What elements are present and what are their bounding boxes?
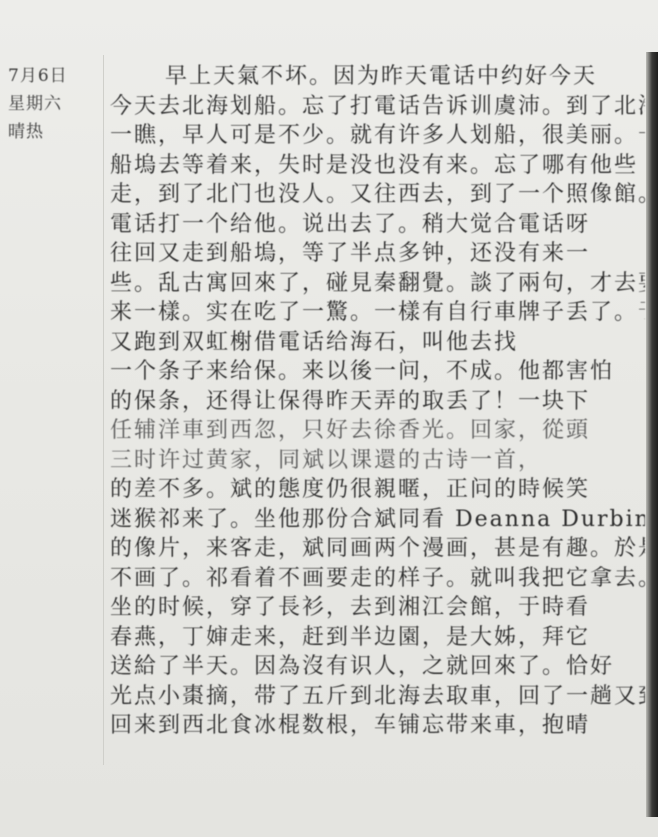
diary-body: 早上天氣不坏。因为昨天電话中约好今天 今天去北海划船。忘了打電话告诉训虞沛。到了…	[110, 62, 645, 741]
book-spine-shadow	[646, 52, 658, 817]
text-line: 的差不多。斌的態度仍很親暱，正问的時候笑	[110, 475, 645, 505]
text-line: 春燕，丁婶走来，赶到半边園，是大姊，拜它	[110, 623, 645, 653]
diary-page: 7月6日 星期六 晴热 早上天氣不坏。因为昨天電话中约好今天 今天去北海划船。忘…	[0, 0, 658, 837]
margin-rule	[103, 55, 104, 765]
text-line: 往回又走到船塢，等了半点多钟，还没有来一	[110, 239, 645, 269]
text-line: 的像片，来客走，斌同画两个漫画，甚是有趣。於是就	[110, 534, 645, 564]
text-line: 三时许过黄家，同斌以课還的古诗一首，	[110, 446, 645, 476]
text-line: 来一樣。实在吃了一驚。一樣有自行車牌子丢了。于是	[110, 298, 645, 328]
text-line: 不画了。祁看着不画要走的样子。就叫我把它拿去。	[110, 564, 645, 594]
text-line: 光点小棗摘，带了五斤到北海去取車，回了一趟又到	[110, 682, 645, 712]
text-line: 的保条，还得让保得昨天弄的取丢了！一块下	[110, 387, 645, 417]
text-line: 任辅洋車到西忽，只好去徐香光。回家，從頭	[110, 416, 645, 446]
entry-weekday: 星期六	[8, 90, 103, 118]
text-line: 一个条子来给保。来以後一问，不成。他都害怕	[110, 357, 645, 387]
entry-weather: 晴热	[8, 118, 103, 146]
text-line: 又跑到双虹榭借電话给海石，叫他去找	[110, 328, 645, 358]
text-line: 一瞧，早人可是不少。就有许多人划船，很美丽。一直到	[110, 121, 645, 151]
text-line: 送給了半天。因為沒有识人，之就回來了。恰好	[110, 652, 645, 682]
text-line: 些。乱古寓回來了，碰見秦翻覺。談了兩句，才去要	[110, 269, 645, 299]
text-line: 電话打一个给他。说出去了。稍大觉合電话呀	[110, 210, 645, 240]
text-line: 坐的时候，穿了長衫，去到湘江会館，于時看	[110, 593, 645, 623]
text-line: 今天去北海划船。忘了打電话告诉训虞沛。到了北海	[110, 92, 645, 122]
text-line: 回来到西北食冰棍数根，车铺忘带来車，抱晴	[110, 711, 645, 741]
text-line: 船塢去等着来，失时是没也没有来。忘了哪有他些	[110, 151, 645, 181]
text-line: 迷猴祁来了。坐他那份合斌同看 Deanna Durbin	[110, 505, 645, 535]
entry-date: 7月6日	[8, 62, 103, 90]
text-line: 走，到了北门也没人。又往西去，到了一个照像館。就地	[110, 180, 645, 210]
date-block: 7月6日 星期六 晴热	[8, 62, 103, 146]
text-line: 早上天氣不坏。因为昨天電话中约好今天	[110, 62, 645, 92]
